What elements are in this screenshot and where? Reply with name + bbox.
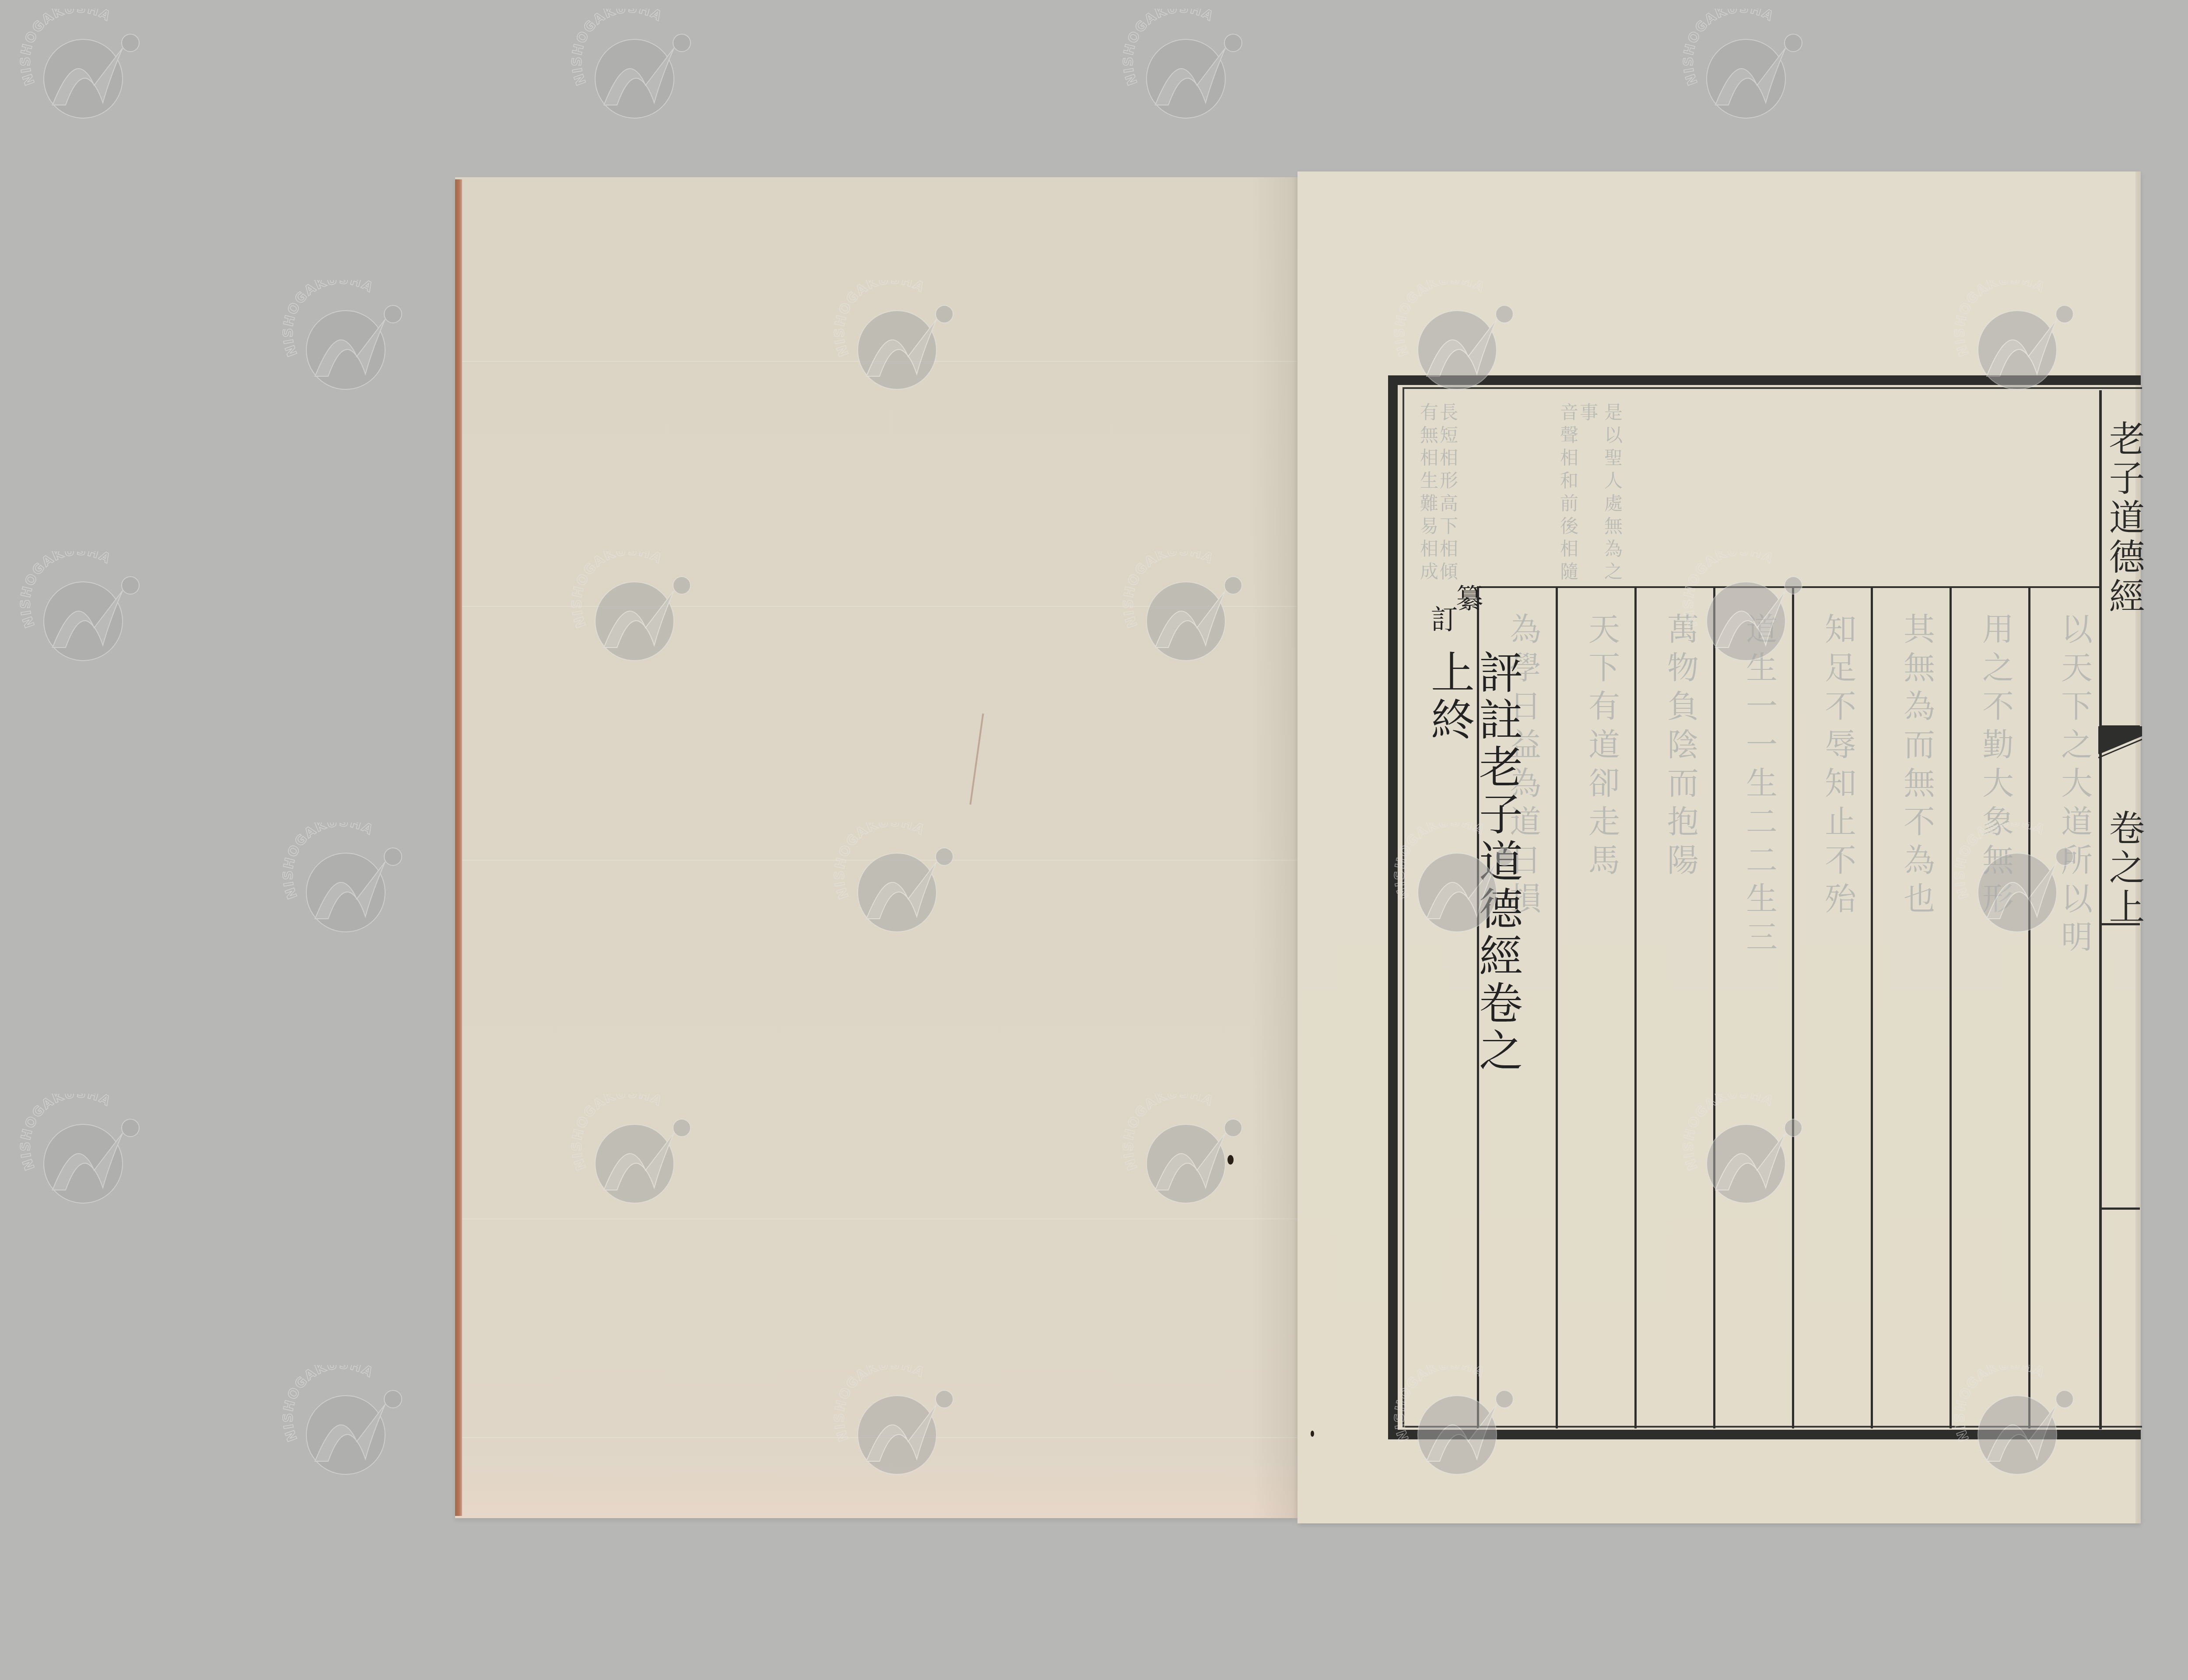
fold-bottom-rule — [2100, 1207, 2140, 1210]
fold-volume-label: 卷之上 — [2103, 809, 2145, 927]
nishogakusha-logo-icon: NISHOGAKUSHA — [1680, 9, 1812, 122]
ink-speck — [1311, 1431, 1314, 1437]
column-divider — [1792, 586, 1794, 1428]
fold-book-title: 老子道德經 — [2103, 420, 2145, 617]
svg-text:NISHOGAKUSHA: NISHOGAKUSHA — [18, 1094, 113, 1172]
column-divider — [1950, 586, 1952, 1428]
svg-text:NISHOGAKUSHA: NISHOGAKUSHA — [18, 551, 113, 630]
nishogakusha-logo-icon: NISHOGAKUSHA — [280, 822, 411, 936]
colophon-title-column: 纂 訂 評註老子道德經卷之上終 — [1416, 584, 1469, 1109]
svg-text:NISHOGAKUSHA: NISHOGAKUSHA — [281, 822, 376, 901]
column-divider — [2028, 586, 2030, 1428]
nishogakusha-logo-icon: NISHOGAKUSHA — [18, 1094, 149, 1207]
fold-column-border — [2099, 390, 2102, 1429]
nishogakusha-logo-icon: NISHOGAKUSHA — [18, 9, 149, 122]
column-divider — [1556, 586, 1558, 1428]
svg-text:NISHOGAKUSHA: NISHOGAKUSHA — [281, 280, 376, 359]
fish-tail-mark-icon — [2098, 726, 2142, 787]
left-page-blank — [455, 177, 1297, 1518]
title-prefix: 纂 訂 — [1428, 584, 1485, 650]
svg-text:NISHOGAKUSHA: NISHOGAKUSHA — [1681, 9, 1776, 87]
svg-text:NISHOGAKUSHA: NISHOGAKUSHA — [1121, 9, 1216, 87]
column-grid-top-line — [1479, 586, 2100, 588]
nishogakusha-logo-icon: NISHOGAKUSHA — [1120, 9, 1252, 122]
svg-text:NISHOGAKUSHA: NISHOGAKUSHA — [569, 9, 665, 87]
nishogakusha-logo-icon: NISHOGAKUSHA — [280, 280, 411, 394]
nishogakusha-logo-icon: NISHOGAKUSHA — [18, 551, 149, 665]
nishogakusha-logo-icon: NISHOGAKUSHA — [569, 9, 700, 122]
column-divider — [1871, 586, 1873, 1428]
cover-edge-strip — [455, 179, 462, 1516]
main-title: 評註老子道德經卷之上終 — [1425, 650, 1521, 1109]
title-prefix-char: 訂 — [1428, 605, 1455, 636]
column-divider — [1634, 586, 1637, 1428]
column-divider — [1713, 586, 1715, 1428]
svg-text:NISHOGAKUSHA: NISHOGAKUSHA — [18, 9, 113, 87]
ink-speck — [1227, 1155, 1234, 1165]
gutter-shadow — [1252, 177, 1300, 1518]
nishogakusha-logo-icon: NISHOGAKUSHA — [280, 1365, 411, 1479]
svg-text:NISHOGAKUSHA: NISHOGAKUSHA — [281, 1365, 376, 1444]
